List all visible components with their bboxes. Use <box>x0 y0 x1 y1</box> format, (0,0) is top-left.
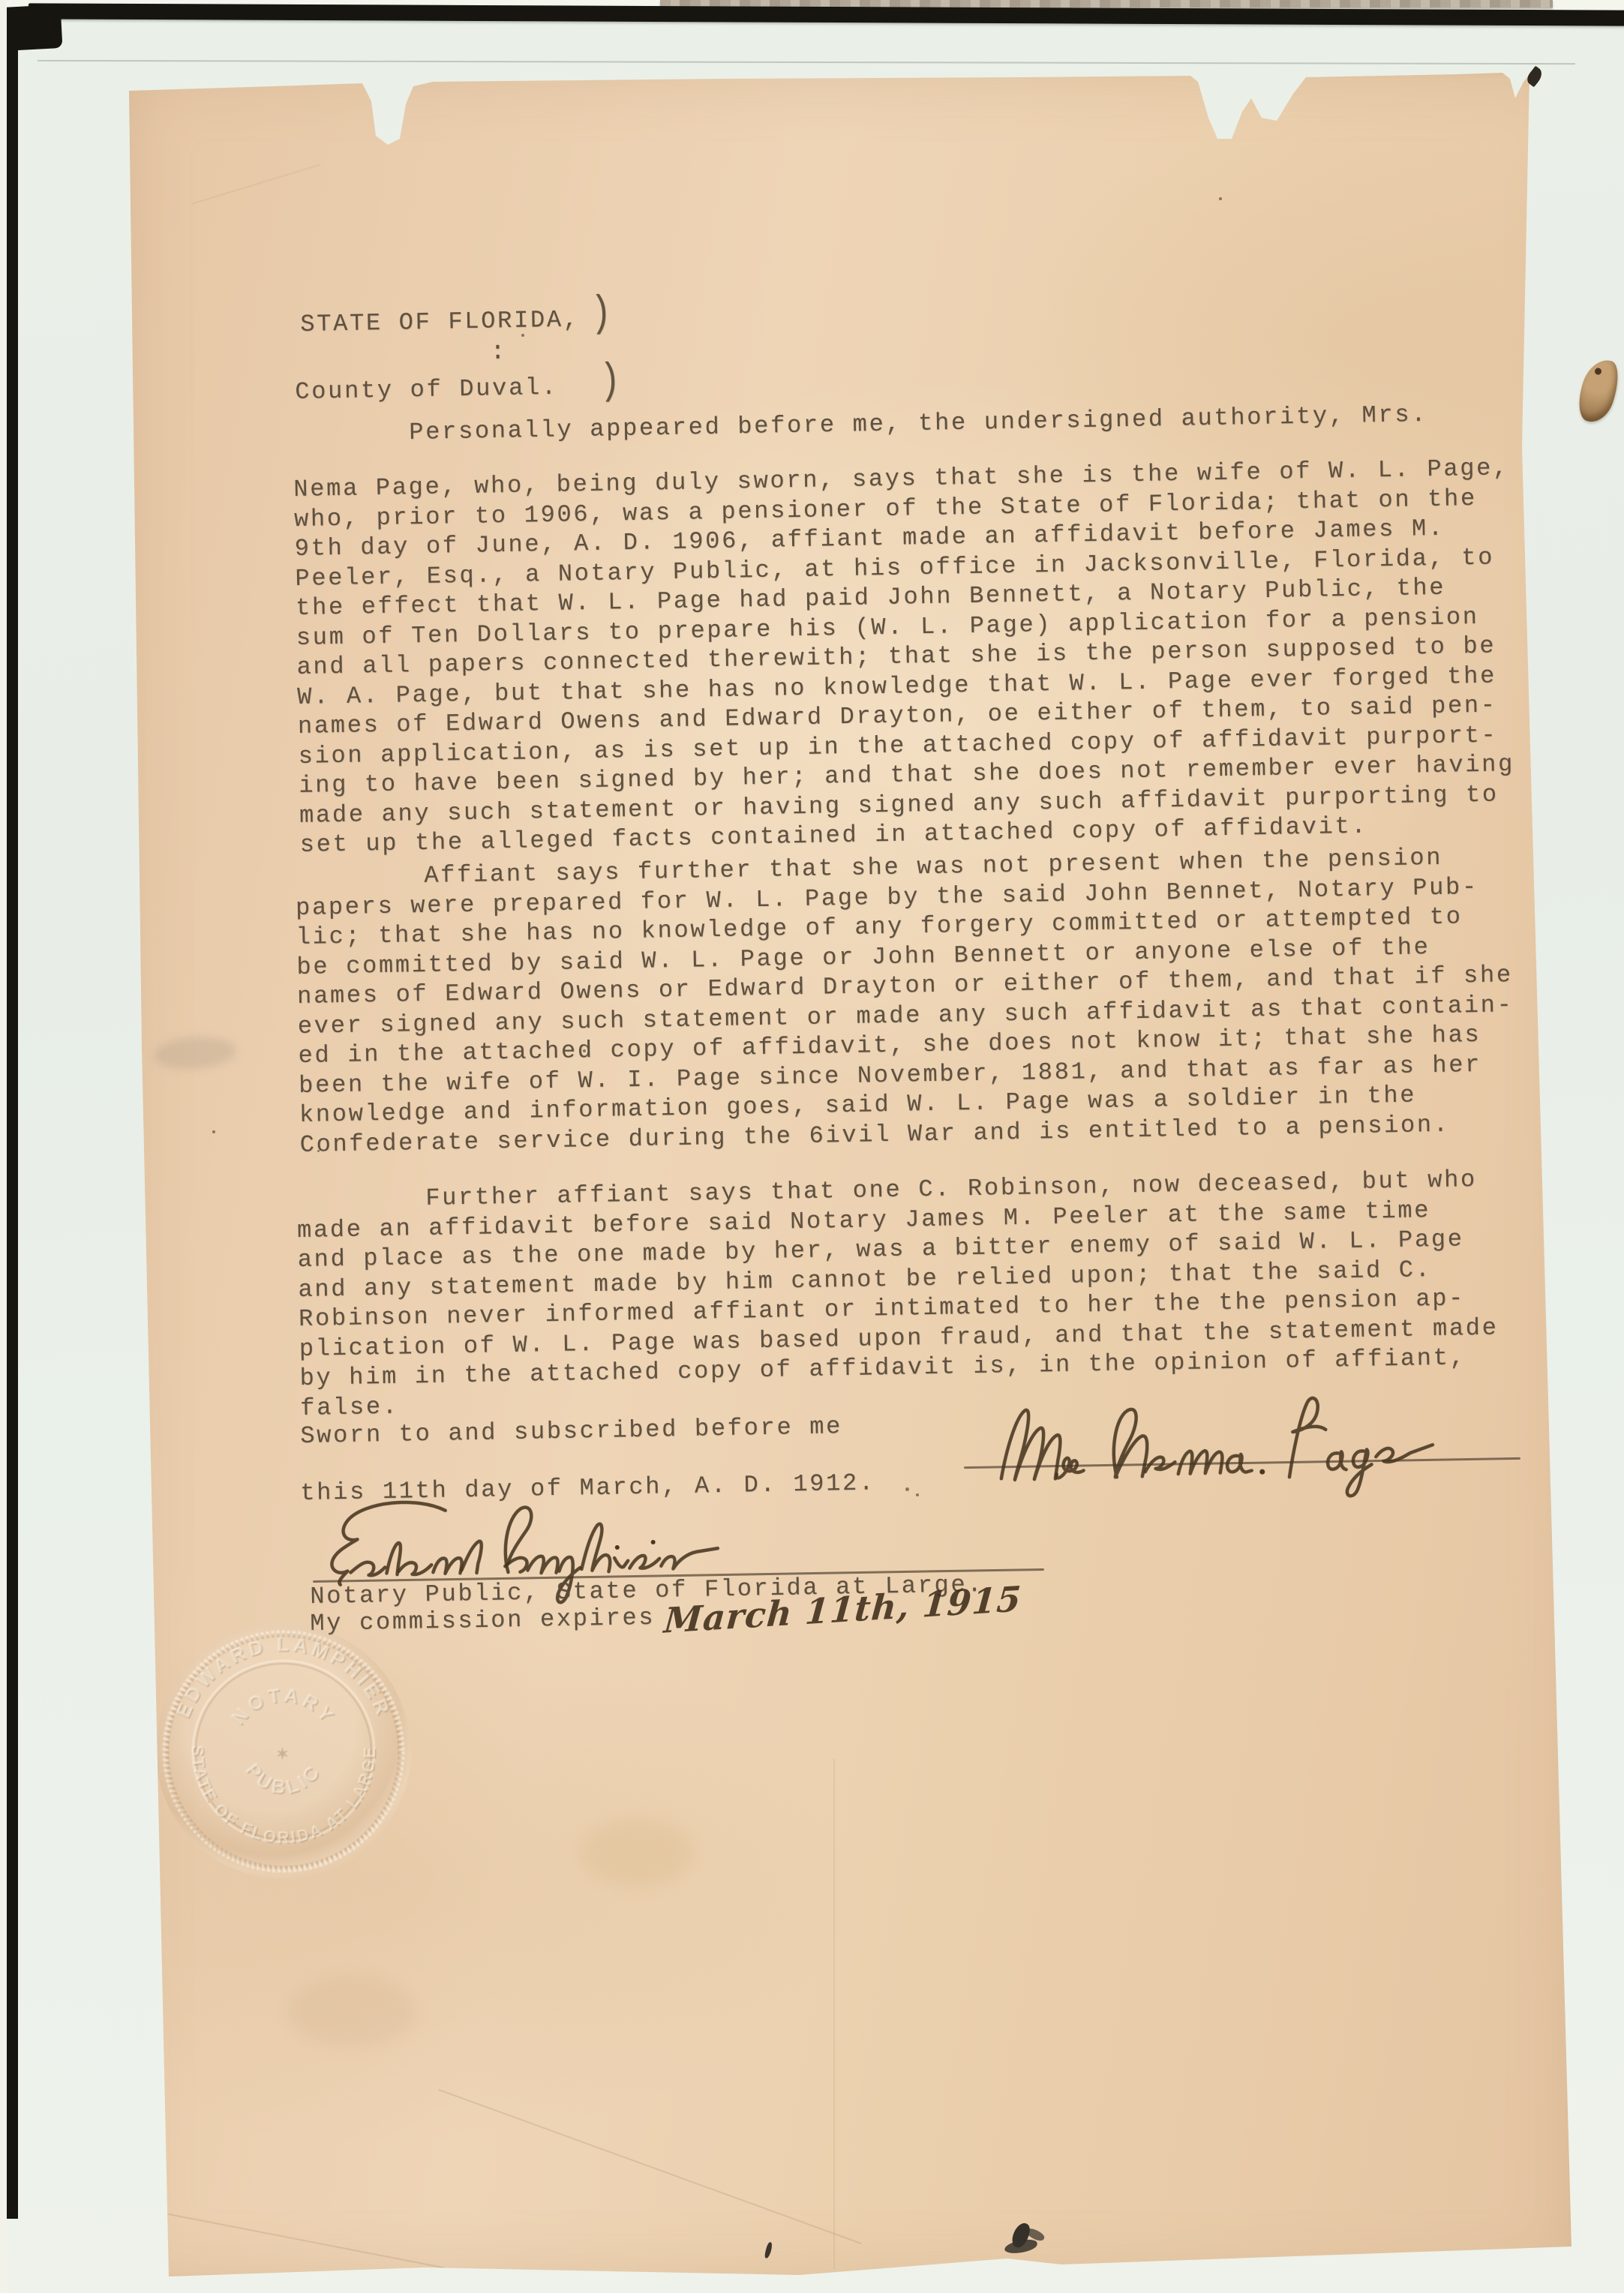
affidavit-paper: STATE OF FLORIDA, ) : County of Duval. )… <box>124 71 1575 2280</box>
docket-state-bracket: ) <box>590 296 614 333</box>
scan-left-margin <box>0 0 7 2293</box>
crease-line <box>165 2213 445 2268</box>
crease-line <box>438 2089 861 2244</box>
stain <box>581 1819 694 1886</box>
embossed-notary-seal: EDWARD LAMPHIER EDWARD LAMPHIER STATE OF… <box>156 1624 411 1879</box>
stain <box>289 1976 416 2048</box>
svg-text:✶: ✶ <box>276 1746 293 1763</box>
paragraph-1: Nema Page, who, being duly sworn, says t… <box>293 453 1516 860</box>
intro-line: Personally appeared before me, the under… <box>409 400 1427 448</box>
ink-mark <box>764 2241 773 2258</box>
pencil-smudge <box>153 1034 238 1072</box>
notary-signature-text: Edward Lamphier <box>124 71 125 72</box>
edge-stain <box>124 619 133 675</box>
svg-text:PUBLIC: PUBLIC <box>241 1759 326 1799</box>
scan-frame-left <box>7 29 18 2219</box>
backing-sheet-edge-line <box>38 60 1575 65</box>
docket-colon: : <box>490 338 508 368</box>
paragraph-3: Further affiant says that one C. Robinso… <box>296 1165 1499 1423</box>
paragraph-2: Affiant says further that she was not pr… <box>295 842 1516 1160</box>
docket-county-line: County of Duval. <box>295 373 558 407</box>
crease-line <box>191 164 321 205</box>
torn-paper-curl <box>1572 355 1624 427</box>
document-scan: STATE OF FLORIDA, ) : County of Duval. )… <box>0 0 1624 2293</box>
docket-county-bracket: ) <box>599 363 623 401</box>
fold-line <box>833 1759 835 2269</box>
affiant-signature-ink <box>989 1388 1487 1513</box>
docket-state-line: STATE OF FLORIDA, <box>300 305 580 339</box>
affiant-signature-text: Mrs Nema Page <box>124 71 125 72</box>
ink-splotch <box>1000 2222 1048 2257</box>
